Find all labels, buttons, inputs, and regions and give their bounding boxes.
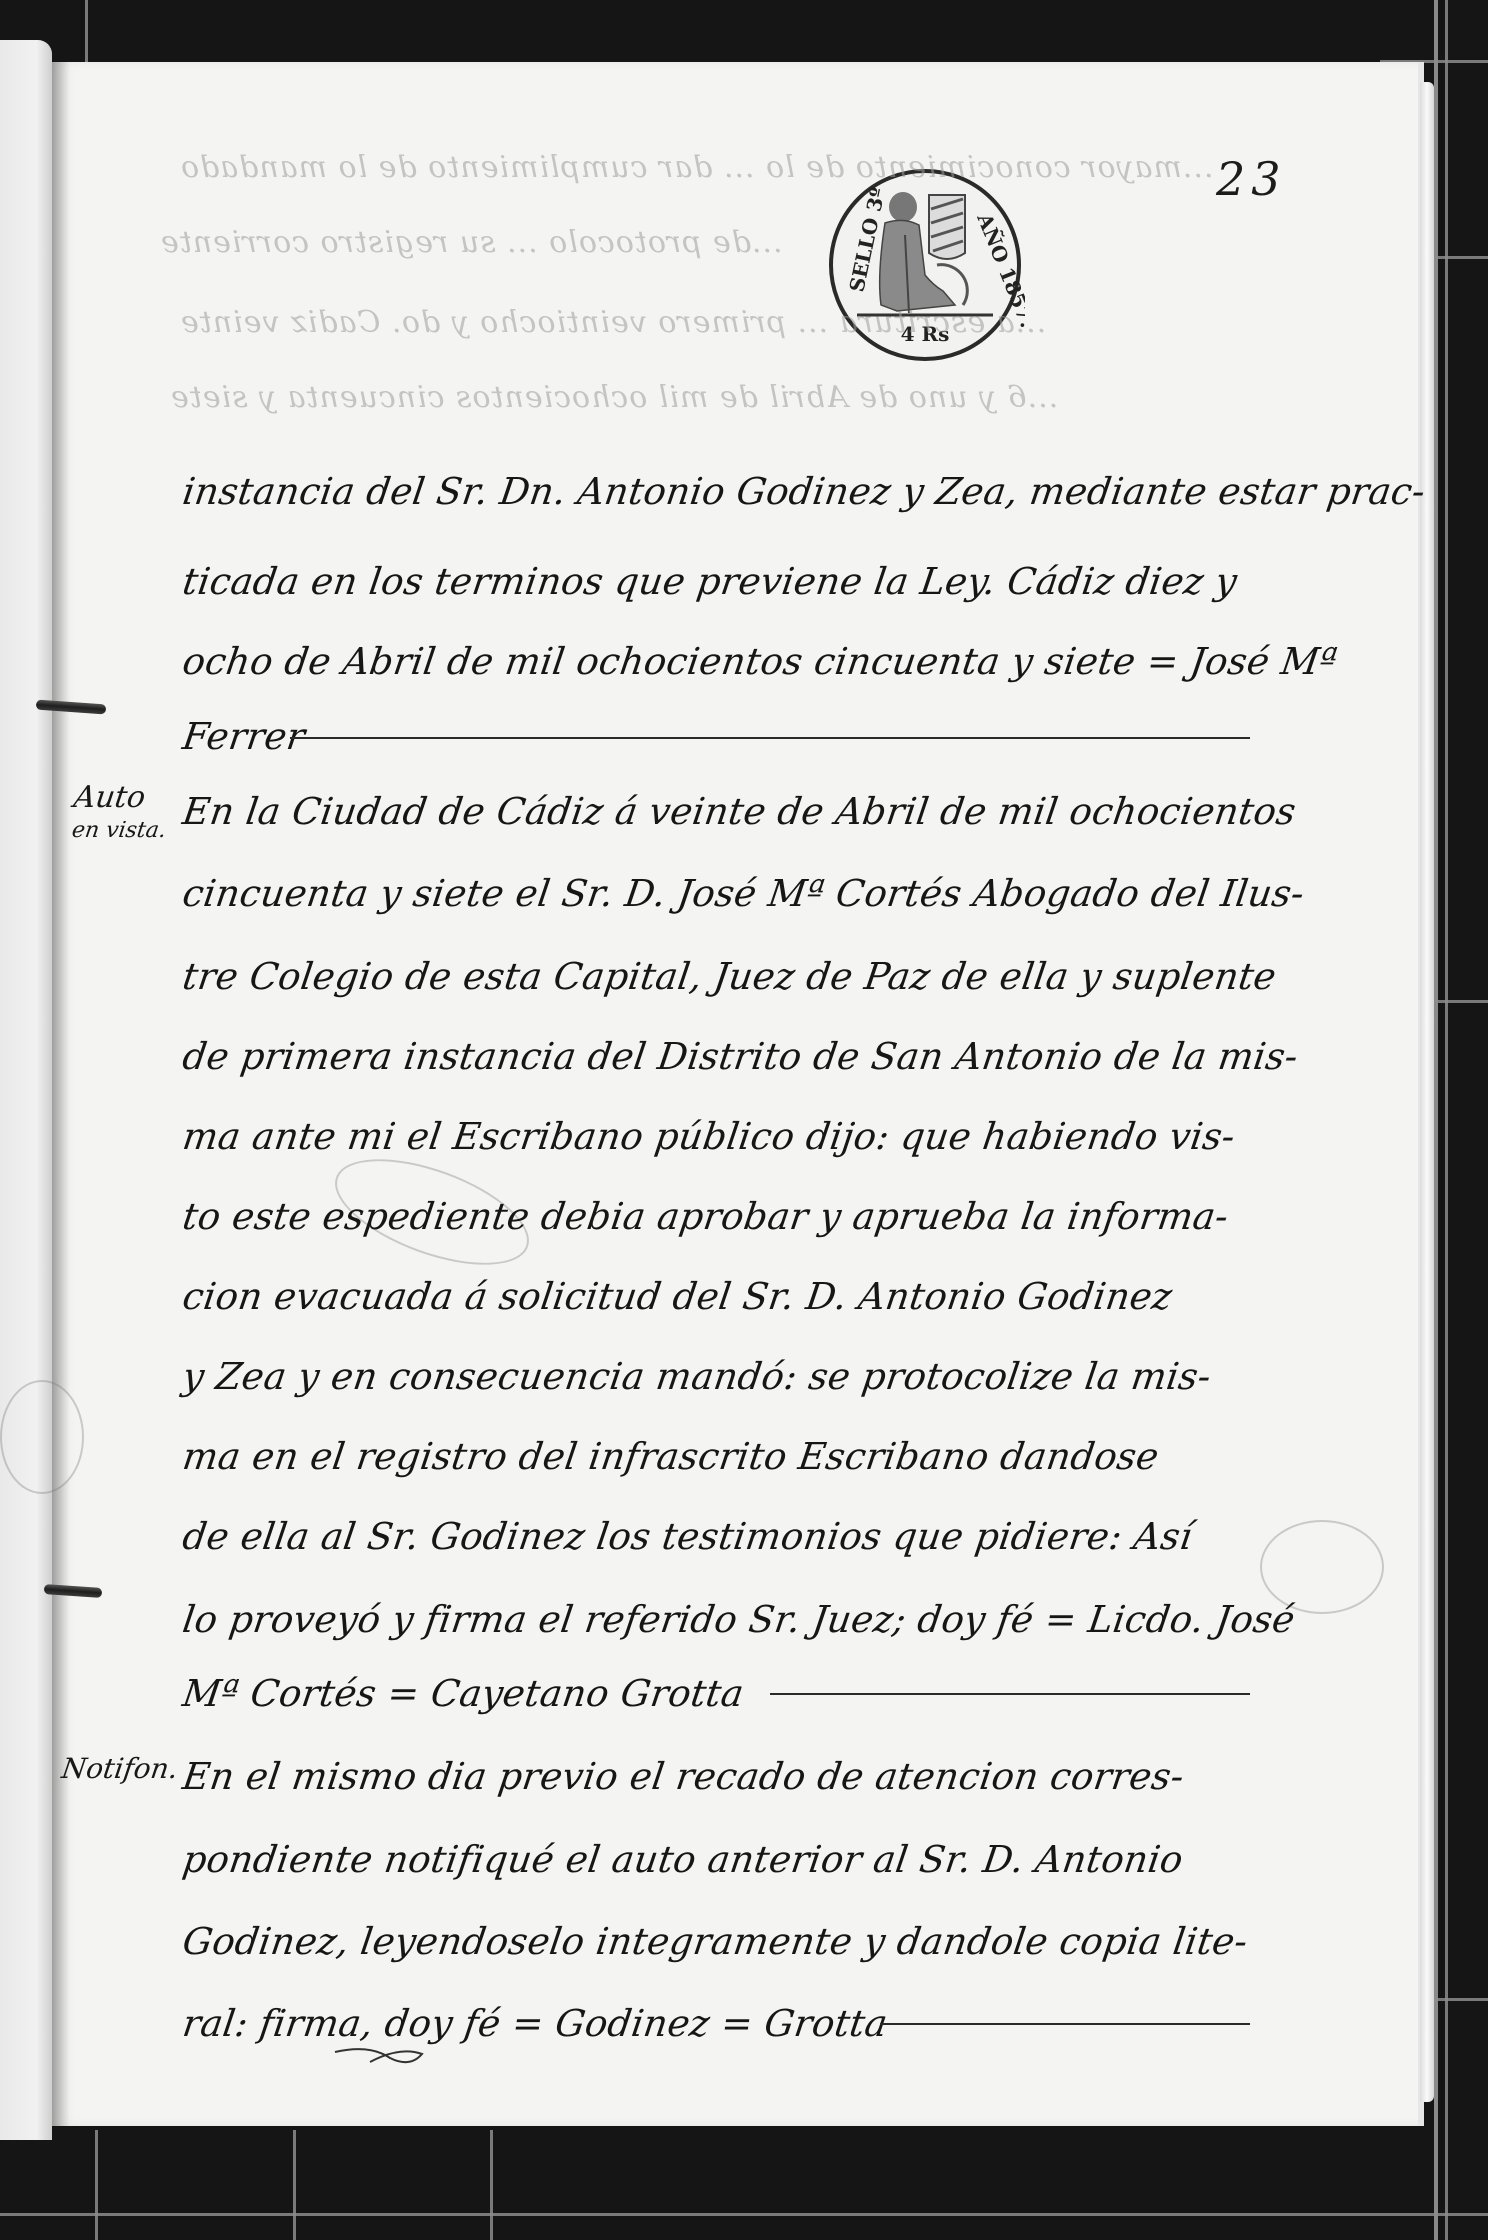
- bleed-through-line: ...mayor conocimiento de lo ... dar cump…: [180, 150, 1213, 185]
- body-line: instancia del Sr. Dn. Antonio Godinez y …: [180, 470, 1256, 513]
- auto-line: ma en el registro del infrascrito Escrib…: [180, 1435, 1256, 1478]
- closing-rule: [290, 737, 1250, 739]
- notificacion-line: En el mismo dia previo el recado de aten…: [180, 1755, 1256, 1798]
- auto-line: de primera instancia del Distrito de San…: [180, 1035, 1256, 1078]
- previous-leaf-edge: [0, 40, 52, 2140]
- notificacion-line: Godinez, leyendoselo integramente y dand…: [180, 1920, 1256, 1963]
- auto-line: cion evacuada á solicitud del Sr. D. Ant…: [180, 1275, 1256, 1318]
- auto-line: to este espediente debia aprobar y aprue…: [180, 1195, 1256, 1238]
- auto-line: cincuenta y siete el Sr. D. José Mª Cort…: [180, 872, 1256, 915]
- margin-label-notificacion: Notifon.: [60, 1752, 180, 1785]
- closing-rule: [880, 2023, 1250, 2025]
- grid-line: [490, 2130, 493, 2240]
- page-stack-edge: [1420, 82, 1434, 2102]
- bleed-through-line: ...6 y uno de Abril de mil ochocientos c…: [170, 380, 1058, 415]
- closing-rule: [770, 1693, 1250, 1695]
- body-line: ticada en los terminos que previene la L…: [180, 560, 1256, 603]
- pencil-doodle: [0, 1380, 84, 1494]
- closing-flourish: [330, 2040, 430, 2070]
- grid-line: [85, 0, 88, 62]
- auto-line: y Zea y en consecuencia mandó: se protoc…: [180, 1355, 1256, 1398]
- notificacion-line: pondiente notifiqué el auto anterior al …: [180, 1838, 1256, 1881]
- auto-line: de ella al Sr. Godinez los testimonios q…: [180, 1515, 1256, 1558]
- page-number: 23: [1216, 152, 1287, 206]
- auto-line: tre Colegio de esta Capital, Juez de Paz…: [180, 955, 1256, 998]
- document-page: [52, 62, 1424, 2126]
- margin-label-en-vista: en vista.: [70, 818, 167, 843]
- grid-line: [0, 2213, 1488, 2216]
- bleed-through-line: ...de protocolo ... su registro corrient…: [160, 225, 783, 260]
- grid-line: [1445, 0, 1448, 2240]
- margin-label-auto: Auto: [72, 780, 148, 815]
- grid-line: [95, 2130, 98, 2240]
- gutter-shadow: [52, 62, 70, 2126]
- auto-line: lo proveyó y firma el referido Sr. Juez;…: [180, 1598, 1256, 1641]
- grid-line: [293, 2130, 296, 2240]
- bleed-through-line: ...a escritura ... primero veintiocho y …: [180, 305, 1046, 340]
- auto-line: ma ante mi el Escribano público dijo: qu…: [180, 1115, 1256, 1158]
- auto-line: En la Ciudad de Cádiz á veinte de Abril …: [180, 790, 1256, 833]
- body-line: ocho de Abril de mil ochocientos cincuen…: [180, 640, 1256, 683]
